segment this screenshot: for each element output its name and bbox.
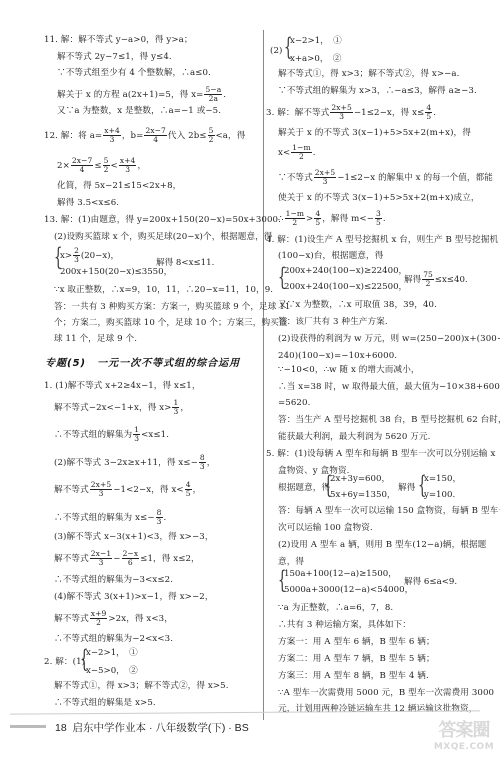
s4-line-4: 答：该厂共有 3 种生产方案. <box>278 317 388 328</box>
s2-prefix: 2. 解：(1) <box>44 657 85 668</box>
s2-system: { x−2>1， ① x−5>0， ② <box>80 647 200 681</box>
s4-line-9: =5620. <box>278 398 310 409</box>
s1-line-3: ∴不等式组的解集为13<x≤1. <box>54 426 169 443</box>
s5-line-3: 答：每辆 A 型车一次可以运输 150 盒物资，每辆 B 型车一 <box>278 506 500 517</box>
q13-line-2: (2)设购买篮球 x 个，购买足球(20−x)个，根据题意，得 <box>54 232 273 243</box>
s5-line-11: 方案三：用 A 型车 8 辆，B 型车 4 辆. <box>278 671 429 682</box>
q13-line-6: 球 11 个，足球 9 个. <box>54 334 137 345</box>
q13-system: { x>23(20−x)， 200x+150(20−x)≤3550， 解得 8<… <box>54 245 254 279</box>
s4-line-11: 能获最大利润，最大利润为 5620 万元. <box>278 432 430 443</box>
book-title: 启东中学作业本 · 八年级数学(下) · BS <box>73 722 249 734</box>
page-footer: 18 启东中学作业本 · 八年级数学(下) · BS <box>55 720 249 735</box>
s4-line-3: 又∵x 为整数，∴x 可取值 38，39，40. <box>278 300 437 311</box>
s1-line-6: ∴不等式组的解集为 x≤−83. <box>54 509 166 526</box>
s1-line-7: (3)解不等式 x−3(x+1)<3，得 x>−3， <box>54 532 214 543</box>
s2-line-1: 解不等式①，得 x>3；解不等式②，得 x>5. <box>54 681 229 692</box>
s4-line-7: ∵−10<0，∴w 随 x 的增大而减小， <box>278 365 420 376</box>
q11-line-4: 解关于 x 的方程 a(2x+1)=5，得 x=5−a2a. <box>57 86 226 103</box>
s2-line-2: ∴不等式组的解集是 x>5. <box>54 698 156 709</box>
column-divider <box>263 30 264 720</box>
s5-line-10: 方案二：用 A 型车 7 辆，B 型车 5 辆； <box>278 654 435 665</box>
s5-line-1: 5. 解：(1)设每辆 A 型车和每辆 B 型车一次可以分别运输 x <box>266 449 495 460</box>
q11-line-2: 解不等式 2y−7≤1，得 y≤4. <box>57 52 172 63</box>
section-title: 专题(5) 一元一次不等式组的综合运用 <box>45 354 240 369</box>
s5-result-system: { x=150， y=100. <box>418 473 478 507</box>
s2b-prefix: (2) <box>270 46 282 57</box>
q13-line-1: 13. 解：(1)由题意，得 y=200x+150(20−x)=50x+3000… <box>44 215 281 226</box>
s5-line-5: (2)设用 A 型车 a 辆，则用 B 型车(12−a)辆，根据题 <box>278 540 486 551</box>
q13-line-5: 个；方案二，购买篮球 10 个，足球 10 个；方案三，购买篮 <box>54 318 288 329</box>
q12-line-2: 2×2x−74≤52<x+43， <box>57 157 146 174</box>
page-number: 18 <box>55 722 67 734</box>
s1-line-5: 解不等式2x+53−1<2−x，得 x<45， <box>54 481 201 498</box>
s5-line-7: ∵a 为正整数，∴a=6，7，8. <box>278 603 393 614</box>
s4-line-1: 4. 解：(1)设生产 A 型号挖掘机 x 台，则生产 B 型号挖掘机 <box>266 235 498 246</box>
s3-line-3: x<1−m2. <box>278 144 316 161</box>
s4-line-5: (2)设获得的利润为 w 万元，则 w=(250−200)x+(300− <box>278 334 500 345</box>
s5-line-9: 方案一：用 A 型车 6 辆，B 型车 6 辆； <box>278 637 435 648</box>
s3-line-4: ∵不等式2x+53−1≤2−x 的解集中 x 的每一个值，都能 <box>278 169 493 186</box>
s5-line-8: ∴共有 3 种运输方案，具体如下： <box>278 620 411 631</box>
s2b-line-2: ∵不等式组的解集为 x>3，∴−a≤3，解得 a≥−3. <box>278 86 477 97</box>
q12-line-3: 化简，得 5x−21≤15<2x+8， <box>57 181 181 192</box>
s4-line-8: ∴当 x=38 时，w 取得最大值，最大值为−10×38+6000 <box>278 382 500 393</box>
q13-line-3: ∵x 取正整数，∴x=9，10，11，∴20−x=11，10，9. <box>54 285 273 296</box>
s5-line-4: 次可以运输 100 盒物资. <box>278 523 373 534</box>
s4-system: { 200x+240(100−x)≥22400， 200x+240(100−x)… <box>278 265 498 299</box>
s5-line-13: 元，计划用两种冷链运输车共 12 辆运输这批物资， <box>278 704 477 715</box>
s5-result-prefix: 解得 <box>398 483 415 494</box>
s3-line-1: 3. 解：解不等式2x+53−1≤2−x，得 x≤45. <box>266 104 436 121</box>
s4-line-2: (100−x)台，根据题意，得 <box>278 251 383 262</box>
q11-line-1: 11. 解：解不等式 y−a>0，得 y>a； <box>44 35 193 46</box>
q12-line-4: 解得 3.5<x≤6. <box>57 198 119 209</box>
s2b-system: { x−2>1， ① x+a>0， ② <box>284 35 404 69</box>
s1-line-10: (4)解不等式 3(x+1)>x−1，得 x>−2， <box>54 592 214 603</box>
s1-line-11: 解不等式x+92>2x，得 x<3， <box>54 610 173 627</box>
watermark-logo: 答案圈 MXQE.COM <box>430 716 498 752</box>
s1-line-2: 解不等式−2x<−1+x，得 x>13， <box>54 399 189 416</box>
s5-system-2: { 150a+100(12−a)≥1500， 5000a+3000(12−a)<… <box>278 568 498 602</box>
s4-line-6: 240)(100−x)=−10x+6000. <box>278 351 397 362</box>
s3-line-6: ∴1−m2>45，解得 m<−35. <box>278 210 386 227</box>
s3-line-5: 使关于 x 的不等式 3(x−1)+5>5x+2(m+x)成立， <box>278 193 480 204</box>
s5-line-12: ∵A 型车一次需费用 5000 元，B 型车一次需费用 3000 <box>278 688 494 699</box>
q11-line-3: ∵不等式组至少有 4 个整数解，∴a≤0. <box>57 68 211 79</box>
s4-line-10: 答：当生产 A 型号挖掘机 38 台，B 型号挖掘机 62 台时， <box>278 415 500 426</box>
s1-line-1: 1. (1)解不等式 x+2≥4x−1，得 x≤1， <box>44 381 201 392</box>
s1-line-8: 解不等式2x−13−2−x6≤1，得 x≤2， <box>54 550 200 567</box>
s2b-line-1: 解不等式①，得 x>3；解不等式②，得 x>−a. <box>278 69 460 80</box>
s1-line-12: ∴不等式组的解集为−2<x<3. <box>54 634 173 645</box>
s5-system-prefix: 根据题意，得 <box>278 483 330 494</box>
s1-line-4: (2)解不等式 3−2x≥x+11，得 x≤−83， <box>54 454 216 471</box>
s3-line-2: 解关于 x 的不等式 3(x−1)+5>5x+2(m+x)，得 <box>278 128 471 139</box>
fraction: 5−a2a <box>204 86 222 103</box>
s1-line-9: ∴不等式组的解集为−3<x≤2. <box>54 575 173 586</box>
footer-bar <box>10 725 46 728</box>
q12-line-1: 12. 解：将 a=x+43，b=2x−74代入 2b≤52<a，得 <box>44 127 245 144</box>
q11-line-5: 又∵a 为整数，x 是整数，∴a=−1 或−5. <box>57 106 221 117</box>
q13-line-4: 答：一共有 3 种购买方案：方案一，购买篮球 9 个，足球 11 <box>54 302 290 313</box>
